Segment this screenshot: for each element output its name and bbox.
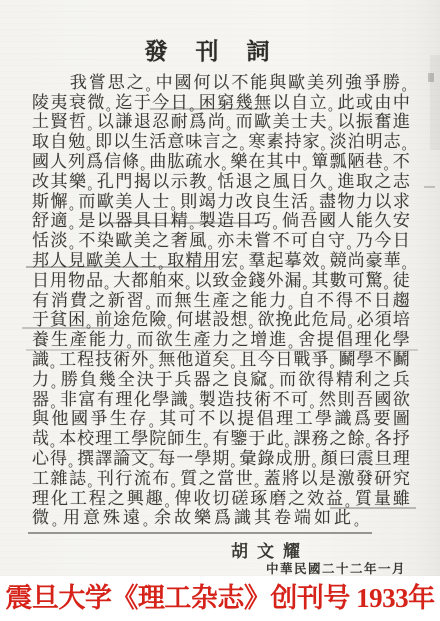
text-line: 心得。撰譯論文。每一學期。彙錄成册。顏曰震旦理	[32, 447, 410, 467]
text-line-last: 微。用意殊遠。余故樂爲識其卷端如此。	[32, 507, 410, 527]
text-line: 養生產能力。而欲生產力之增進。舍提倡理化學	[32, 328, 410, 348]
text-line: 器。非富有理化學識。製造技術不可。然則吾國欲	[32, 388, 410, 408]
text-line: 理化工程之興趣。俾收切磋琢磨之效益。質量雖	[32, 487, 410, 507]
scan-artifact	[28, 532, 372, 534]
text-line: 土賢哲。以謙退忍耐爲尚。而歐美士夫。以振奮進	[32, 111, 410, 131]
text-line: 改其樂。孔門揭以示教。恬退之風日久。進取之志	[32, 170, 410, 190]
text-line: 與他國爭生存。其可不以提倡理工學識爲要圖	[32, 408, 410, 428]
text-line: 于貧困。前途危險。何堪設想。欲挽此危局。必須培	[32, 309, 410, 329]
text-line: 力。勝負幾全決于兵器之良窳。而欲得精利之兵	[32, 368, 410, 388]
scanned-document: 發刊詞 我嘗思之。中國何以不能與歐美列強爭勝。 陵夷衰微。迄于今日。困窮幾無以自…	[0, 0, 440, 576]
scan-artifact	[424, 186, 435, 188]
text-line: 哉。本校理工學院師生。有鑒于此。課務之餘。各抒	[32, 427, 410, 447]
screenshot-page: 發刊詞 我嘗思之。中國何以不能與歐美列強爭勝。 陵夷衰微。迄于今日。困窮幾無以自…	[0, 0, 440, 621]
text-line: 陵夷衰微。迄于今日。困窮幾無以自立。此或由中	[32, 91, 410, 111]
text-line: 國人列爲信條。曲肱疏水。樂在其中。簞瓢陋巷。不	[32, 150, 410, 170]
body-text: 我嘗思之。中國何以不能與歐美列強爭勝。 陵夷衰微。迄于今日。困窮幾無以自立。此或…	[32, 71, 410, 526]
text-line: 斯懈。而歐美人士。則竭力改良生活。盡物力以求	[32, 190, 410, 210]
text-line: 取自勉。即以生活意味言之。寒素持家。淡泊明志。	[32, 130, 410, 150]
text-line: 日用物品。大都舶來。以致金錢外漏。其數可驚。徒	[32, 269, 410, 289]
text-line: 恬淡。不染歐美之奢風。亦未嘗不可自守。乃今日	[32, 229, 410, 249]
red-caption: 震旦大学《理工杂志》创刊号 1933年	[0, 576, 440, 621]
text-line: 我嘗思之。中國何以不能與歐美列強爭勝。	[32, 71, 410, 91]
publication-date: 中華民國二十二年一月	[266, 559, 406, 577]
scan-artifact	[430, 55, 440, 150]
text-line: 邦人見歐美人士。取精用宏。羣起摹效。競尚豪華。	[32, 249, 410, 269]
page-title: 發刊詞	[0, 33, 427, 66]
text-line: 有消費之新習。而無生產之能力。自不得不日趨	[32, 289, 410, 309]
text-line: 工雜誌。刊行流布。質之當世。蓋將以是激發研究	[32, 467, 410, 487]
text-line: 識。工程技術外。無他道矣。且今日戰爭。鬭學不鬭	[32, 348, 410, 368]
scan-artifact	[428, 73, 434, 82]
text-line: 舒適。是以器具日精。製造日巧。倘吾國人能久安	[32, 210, 410, 230]
